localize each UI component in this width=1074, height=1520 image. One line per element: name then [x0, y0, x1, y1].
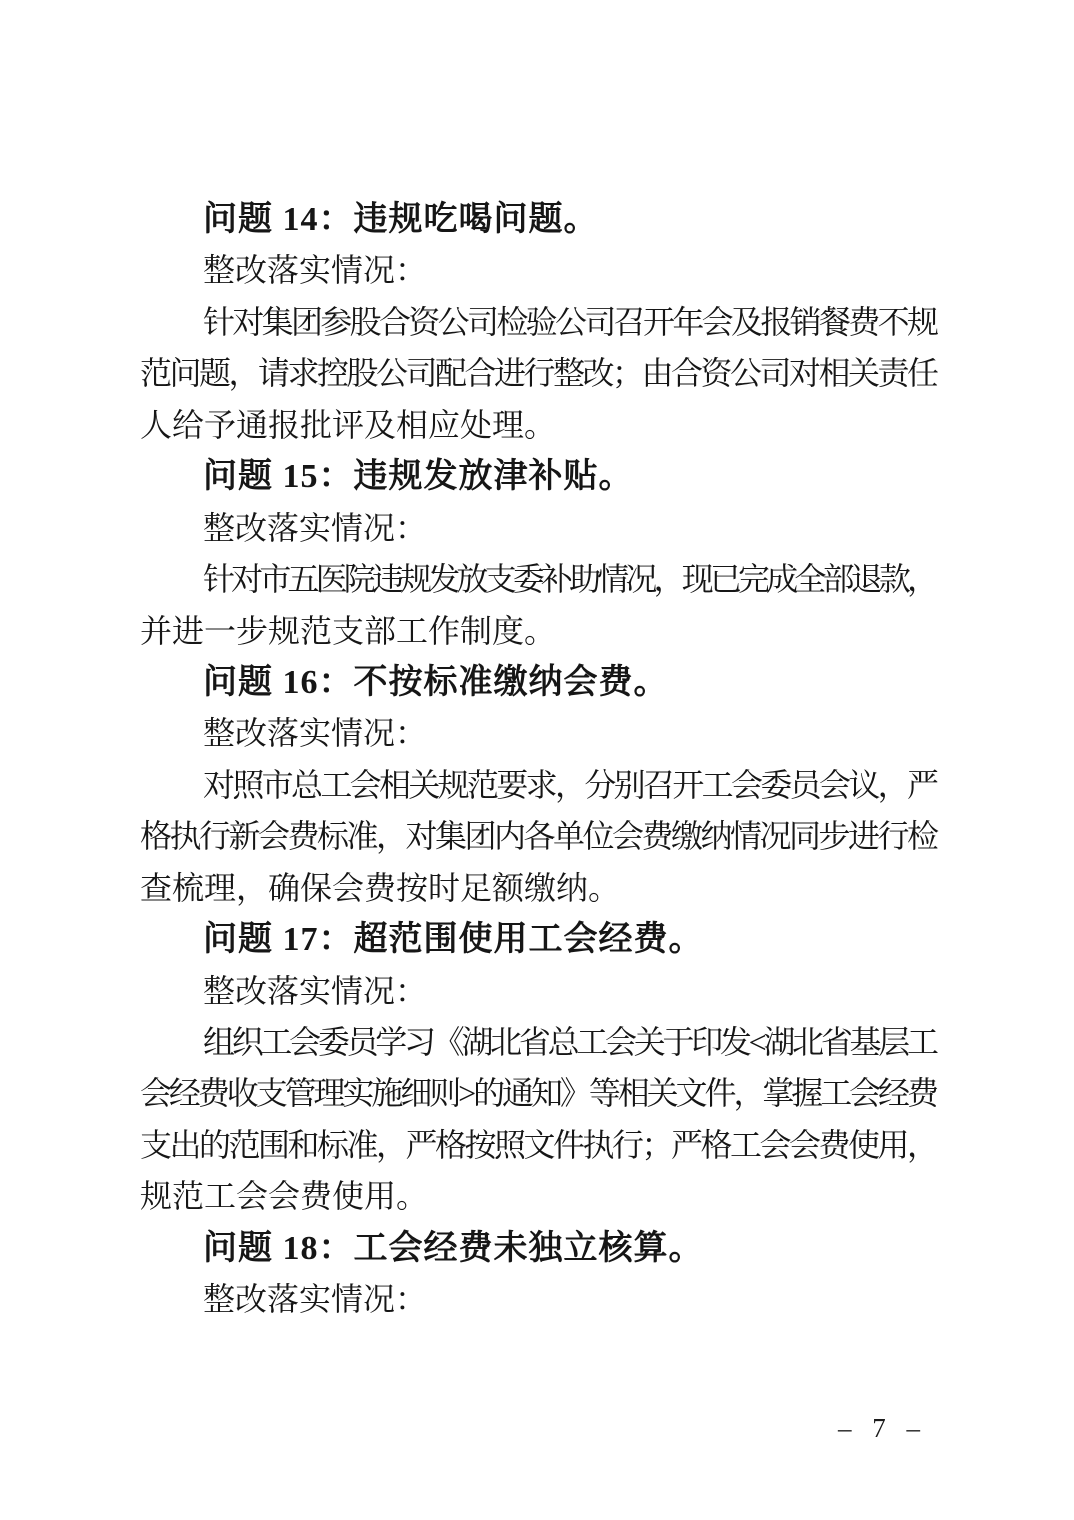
paragraph-line: 规范工会会费使用。	[140, 1171, 935, 1222]
rectification-status-label: 整改落实情况：	[140, 503, 935, 554]
paragraph-line: 并进一步规范支部工作制度。	[140, 606, 935, 657]
paragraph-line: 会经费收支管理实施细则>的通知》等相关文件，掌握工会经费	[140, 1068, 935, 1119]
paragraph-line: 范问题，请求控股公司配合进行整改；由合资公司对相关责任	[140, 348, 935, 399]
paragraph-line: 查梳理，确保会费按时足额缴纳。	[140, 863, 935, 914]
problem-heading: 问题 14：违规吃喝问题。	[140, 194, 935, 245]
paragraph-line: 支出的范围和标准，严格按照文件执行；严格工会会费使用，	[140, 1120, 935, 1171]
rectification-status-label: 整改落实情况：	[140, 245, 935, 296]
document-page: 问题 14：违规吃喝问题。 整改落实情况： 针对集团参股合资公司检验公司召开年会…	[0, 0, 1074, 1520]
page-number: – 7 –	[838, 1408, 927, 1448]
paragraph-line: 人给予通报批评及相应处理。	[140, 400, 935, 451]
paragraph-line: 对照市总工会相关规范要求，分别召开工会委员会议，严	[140, 760, 935, 811]
paragraph-line: 组织工会委员学习《湖北省总工会关于印发<湖北省基层工	[140, 1017, 935, 1068]
problem-heading: 问题 16：不按标准缴纳会费。	[140, 657, 935, 708]
problem-section-17: 问题 17：超范围使用工会经费。 整改落实情况： 组织工会委员学习《湖北省总工会…	[140, 914, 935, 1223]
problem-heading: 问题 18：工会经费未独立核算。	[140, 1223, 935, 1274]
problem-section-18: 问题 18：工会经费未独立核算。 整改落实情况：	[140, 1223, 935, 1326]
paragraph-line: 格执行新会费标准，对集团内各单位会费缴纳情况同步进行检	[140, 811, 935, 862]
rectification-status-label: 整改落实情况：	[140, 966, 935, 1017]
paragraph-line: 针对集团参股合资公司检验公司召开年会及报销餐费不规	[140, 297, 935, 348]
problem-heading: 问题 17：超范围使用工会经费。	[140, 914, 935, 965]
problem-heading: 问题 15：违规发放津补贴。	[140, 451, 935, 502]
paragraph-line: 针对市五医院违规发放支委补助情况，现已完成全部退款，	[140, 554, 935, 605]
problem-section-15: 问题 15：违规发放津补贴。 整改落实情况： 针对市五医院违规发放支委补助情况，…	[140, 451, 935, 657]
problem-section-14: 问题 14：违规吃喝问题。 整改落实情况： 针对集团参股合资公司检验公司召开年会…	[140, 194, 935, 451]
rectification-status-label: 整改落实情况：	[140, 1274, 935, 1325]
document-body: 问题 14：违规吃喝问题。 整改落实情况： 针对集团参股合资公司检验公司召开年会…	[140, 194, 935, 1326]
problem-section-16: 问题 16：不按标准缴纳会费。 整改落实情况： 对照市总工会相关规范要求，分别召…	[140, 657, 935, 914]
rectification-status-label: 整改落实情况：	[140, 708, 935, 759]
